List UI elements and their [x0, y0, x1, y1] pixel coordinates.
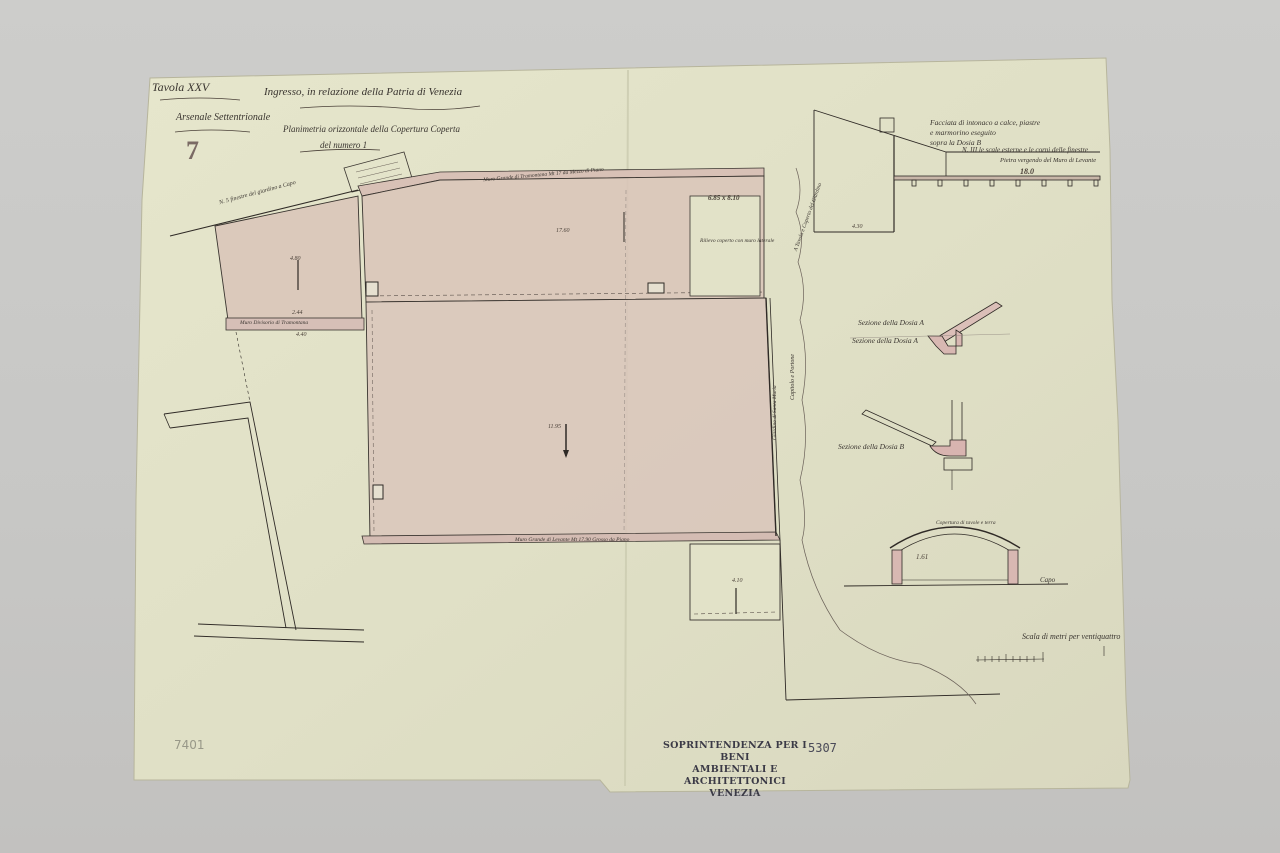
plate-number: 7 [186, 136, 199, 166]
small-room-label: Rilievo coperto con muro laterale [700, 238, 774, 244]
dimension-main-upper: 17.60 [556, 228, 570, 234]
dimension-left-bottom-b: 4.40 [296, 332, 307, 338]
drawing-subtitle-number: del numero 1 [320, 140, 367, 150]
section-a-label-1: Sezione della Dosia A [858, 318, 924, 327]
drawing-sheet [0, 0, 1280, 853]
stamp-line-3: VENEZIA [660, 788, 810, 800]
scale-bar-label: Scala di metri per ventiquattro [1022, 632, 1120, 641]
section-left-dimension: 4.30 [852, 224, 863, 230]
dimension-left-block: 4.80 [290, 256, 301, 262]
stamp-number: 5307 [808, 741, 837, 755]
arch-top-label: Copertura di tavole e terra [936, 520, 996, 526]
dimension-left-bottom-a: 2.44 [292, 310, 303, 316]
section-a-label-2: Sezione della Dosia A [852, 336, 918, 345]
arch-ground-label: Capo [1040, 576, 1055, 584]
small-room-dimension: 6.85 x 8.10 [708, 194, 740, 202]
inventory-number: 7401 [174, 738, 205, 752]
section-span-label: 18.0 [1020, 167, 1034, 176]
section-b-label: Sezione della Dosia B [838, 442, 904, 451]
archive-stamp: SOPRINTENDENZA PER I BENI AMBIENTALI E A… [660, 740, 810, 800]
left-wall-label: Muro Divisorio di Tramontana [240, 320, 308, 326]
right-vertical-label-2: Capitolo e Portone [790, 354, 796, 400]
section-note-1: Facciata di intonaco a calce, piastre [930, 118, 1040, 127]
plate-title: Tavola XXV [152, 80, 209, 95]
section-note-2: e marmorino eseguito [930, 128, 996, 137]
section-note-5: Pietra vergendo del Muro di Levante [1000, 157, 1096, 164]
right-vertical-label-1: Giardino di Santa Maria [772, 385, 778, 440]
bottom-wall-label: Muro Grande di Levante Mt 17.90 Grosso d… [515, 537, 629, 543]
dimension-main-lower: 11.95 [548, 424, 561, 430]
stamp-line-2: AMBIENTALI E ARCHITETTONICI [660, 764, 810, 788]
drawing-subtitle: Planimetria orizzontale della Copertura … [283, 124, 460, 134]
location-label: Arsenale Settentrionale [176, 112, 270, 123]
section-note-4: N. III le scale esterne e le corni delle… [962, 146, 1088, 154]
drawing-title: Ingresso, in relazione della Patria di V… [264, 86, 462, 98]
stamp-line-1: SOPRINTENDENZA PER I BENI [660, 740, 810, 764]
dimension-lower-annex: 4.10 [732, 578, 743, 584]
arch-span-dimension: 1.61 [916, 553, 928, 561]
